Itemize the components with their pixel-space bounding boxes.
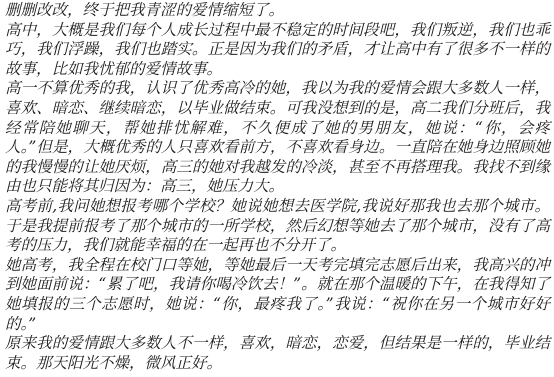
document-page: 删删改改，终于把我青涩的爱情缩短了。 高中，大概是我们每个人成长过程中最不稳定的… (0, 0, 554, 377)
paragraph-intro: 删删改改，终于把我青涩的爱情缩短了。 (5, 1, 550, 21)
paragraph-ending: 原来我的爱情跟大多数人不一样，喜欢，暗恋，恋爱，但结果是一样的，毕业结束。那天阳… (5, 334, 550, 373)
paragraph-gaokao-day: 她高考，我全程在校门口等她，等她最后一天考完填完志愿后出来，我高兴的冲到她面前说… (5, 256, 550, 334)
paragraph-gaokao-plan: 高考前,我问她想报考哪个学校？她说她想去医学院,我说好那我也去那个城市。于是我提… (5, 197, 550, 256)
paragraph-highschool: 高中，大概是我们每个人成长过程中最不稳定的时间段吧，我们叛逆，我们也乖巧，我们浮… (5, 21, 550, 80)
paragraph-romance: 高一不算优秀的我，认识了优秀高冷的她，我以为我的爱情会跟大多数人一样，喜欢、暗恋… (5, 79, 550, 197)
